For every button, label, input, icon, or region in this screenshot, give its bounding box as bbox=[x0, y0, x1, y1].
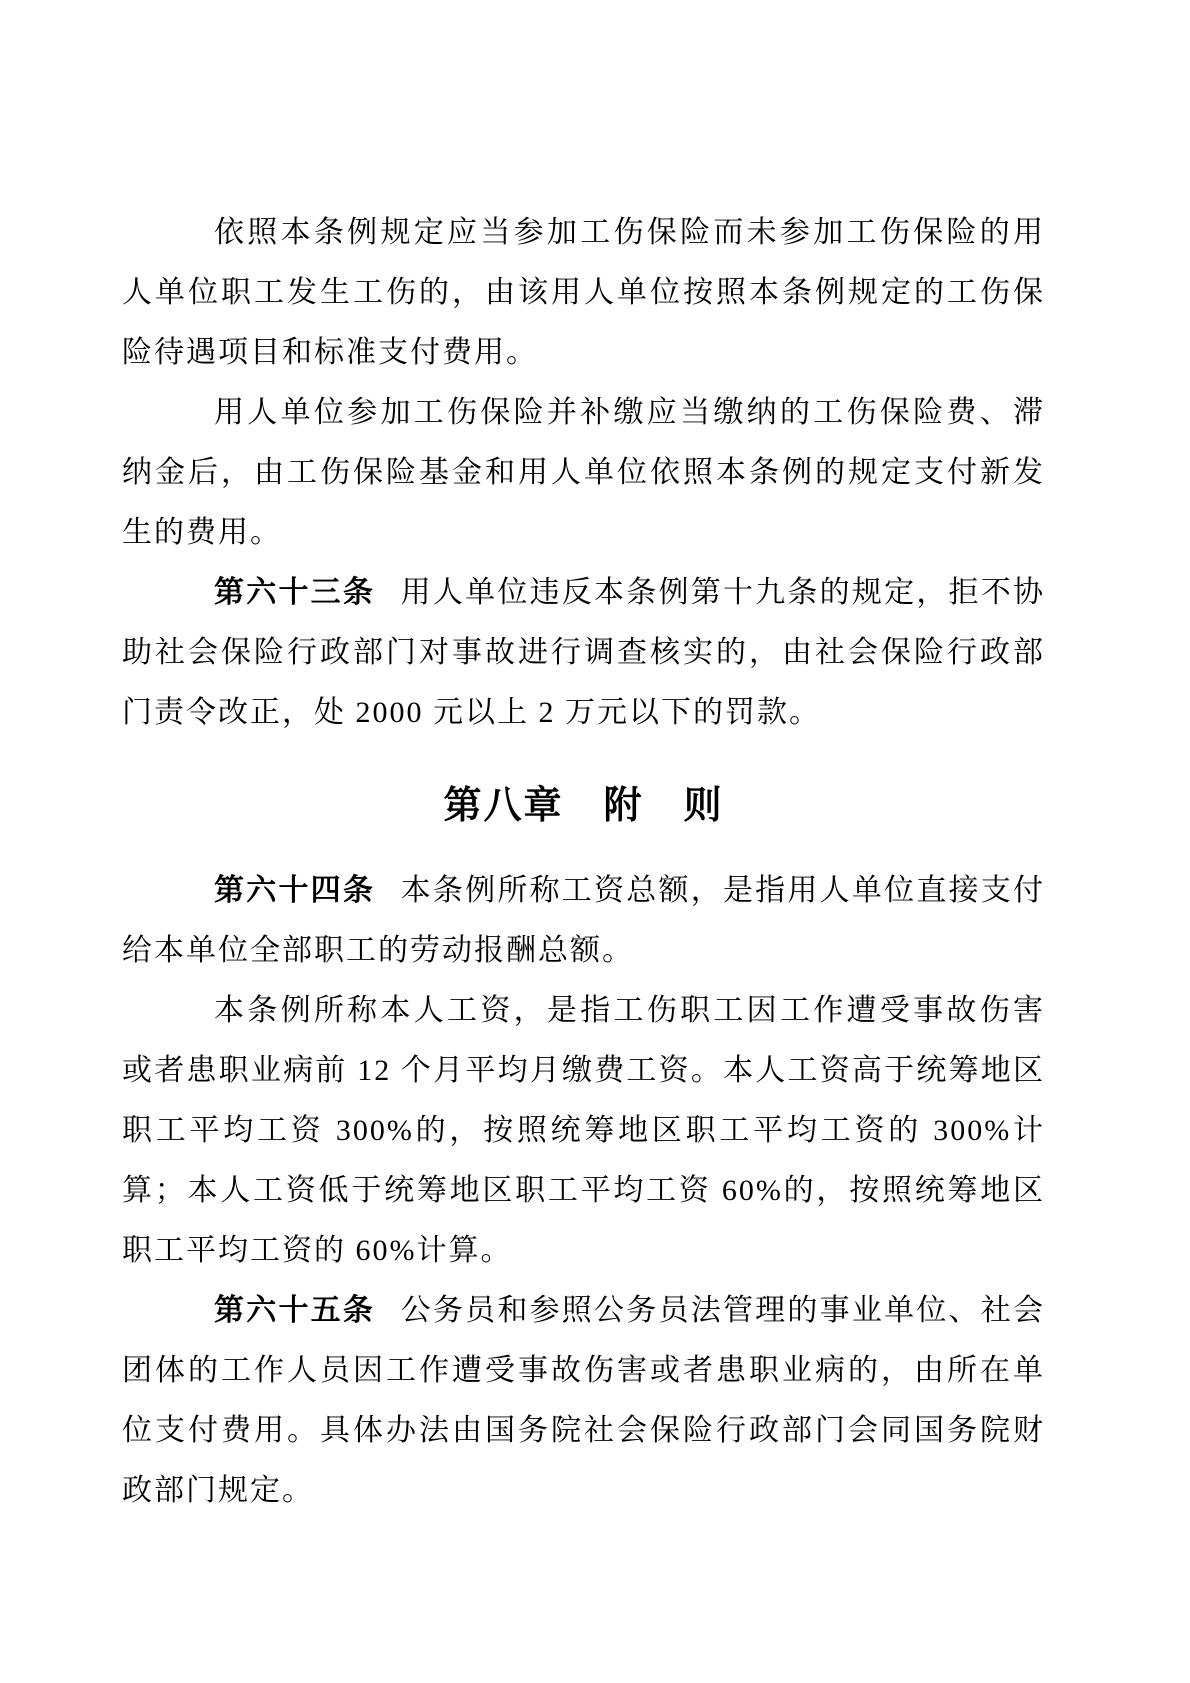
paragraph-article-64: 第六十四条本条例所称工资总额，是指用人单位直接支付给本单位全部职工的劳动报酬总额… bbox=[122, 861, 1045, 981]
article-number-63: 第六十三条 bbox=[214, 576, 375, 609]
paragraph-wage-definition: 本条例所称本人工资，是指工伤职工因工作遭受事故伤害或者患职业病前 12 个月平均… bbox=[122, 981, 1045, 1281]
paragraph-unfunded-employer-liability: 依照本条例规定应当参加工伤保险而未参加工伤保险的用人单位职工发生工伤的，由该用人… bbox=[122, 203, 1045, 383]
paragraph-article-63: 第六十三条用人单位违反本条例第十九条的规定，拒不协助社会保险行政部门对事故进行调… bbox=[122, 563, 1045, 743]
chapter-8-heading: 第八章 附 则 bbox=[122, 776, 1045, 836]
paragraph-article-65: 第六十五条公务员和参照公务员法管理的事业单位、社会团体的工作人员因工作遭受事故伤… bbox=[122, 1281, 1045, 1521]
paragraph-text: 依照本条例规定应当参加工伤保险而未参加工伤保险的用人单位职工发生工伤的，由该用人… bbox=[122, 216, 1045, 369]
paragraph-retroactive-payment: 用人单位参加工伤保险并补缴应当缴纳的工伤保险费、滞纳金后，由工伤保险基金和用人单… bbox=[122, 383, 1045, 563]
paragraph-text: 用人单位参加工伤保险并补缴应当缴纳的工伤保险费、滞纳金后，由工伤保险基金和用人单… bbox=[122, 396, 1045, 549]
paragraph-text: 本条例所称本人工资，是指工伤职工因工作遭受事故伤害或者患职业病前 12 个月平均… bbox=[122, 994, 1045, 1267]
article-number-64: 第六十四条 bbox=[214, 874, 375, 907]
document-page: 依照本条例规定应当参加工伤保险而未参加工伤保险的用人单位职工发生工伤的，由该用人… bbox=[0, 0, 1190, 1683]
article-number-65: 第六十五条 bbox=[214, 1294, 375, 1327]
